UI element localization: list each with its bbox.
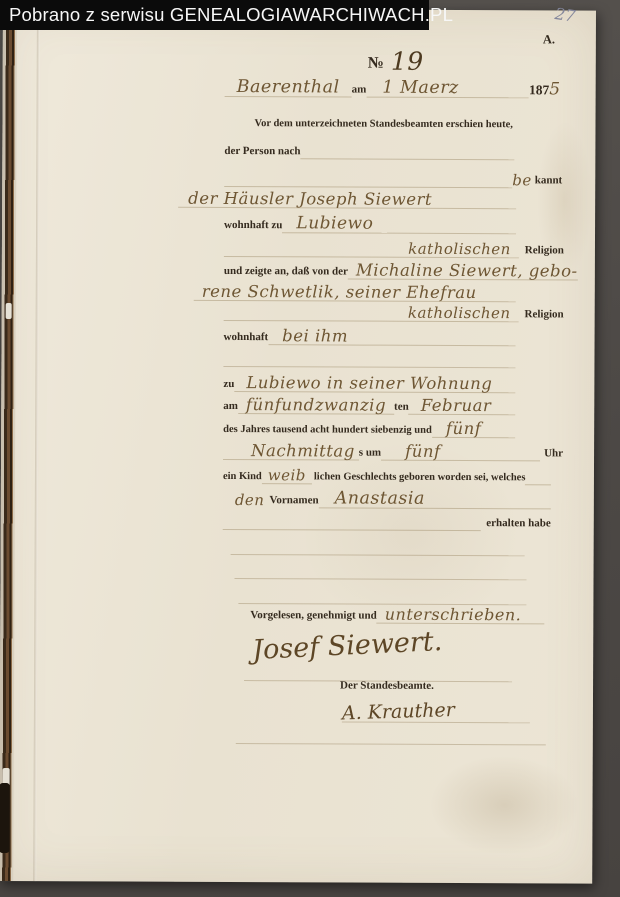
printed-intro: Vor dem unterzeichneten Standesbeamten e… — [254, 115, 512, 132]
religion-2-value: katholischen — [400, 306, 519, 323]
declarant-signature-text: Josef Siewert. — [252, 628, 443, 664]
binding-shadow — [0, 783, 10, 853]
ruled-line — [465, 459, 541, 461]
child-intro-label: ein Kind — [223, 471, 262, 484]
bekannt-printed: kannt — [535, 175, 563, 188]
wohnhaft-zu-label: wohnhaft zu — [224, 220, 282, 233]
watermark-bar: Pobrano z serwisu GENEALOGIAWARCHIWACH.P… — [0, 0, 429, 30]
mother-line2-value: rene Schwetlik, seiner Ehefrau — [194, 283, 485, 302]
year-sentence-label: des Jahres tausend acht hundert siebenzi… — [223, 424, 432, 437]
field-child-sex: ein Kind weib lichen Geschlechts geboren… — [223, 464, 551, 485]
declarant-value: der Häusler Joseph Siewert — [178, 190, 442, 209]
registrar-label: Der Standesbeamte. — [340, 678, 434, 693]
religion-1-value: katholischen — [400, 242, 519, 259]
wohnhaft-label: wohnhaft — [224, 332, 269, 345]
religion-1-label: Religion — [525, 245, 564, 258]
declarant-signature: Josef Siewert. — [252, 619, 492, 660]
wohnhaft-value: bei ihm — [268, 328, 362, 346]
ten-label: ten — [394, 402, 409, 415]
daytime-value: Nachmittag — [223, 442, 359, 460]
ruled-line — [442, 207, 516, 209]
erhalten-habe-label: erhalten habe — [486, 518, 551, 531]
binding-thread — [6, 303, 12, 319]
am2-label: am — [223, 401, 238, 414]
den-hand: den — [235, 493, 265, 508]
ruled-line — [224, 319, 400, 322]
registrar-signature-text: A. Krauther — [342, 701, 455, 723]
ruled-line — [387, 232, 516, 235]
religion-2-label: Religion — [525, 309, 564, 322]
field-birth-time: Nachmittag s um fünf Uhr — [223, 439, 563, 461]
field-birth-year: des Jahres tausend acht hundert siebenzi… — [223, 416, 515, 438]
uhr-label: Uhr — [544, 448, 563, 461]
residence-value: Lubiewo — [282, 215, 387, 233]
ruled-line — [441, 507, 551, 509]
field-birthplace: zu Lubiewo in seiner Wohnung — [223, 371, 515, 393]
birth-month-value: Februar — [409, 397, 516, 415]
person-nach-label: der Person nach — [224, 146, 300, 159]
field-religion-1: katholischen Religion — [224, 237, 564, 258]
paper-stain — [429, 755, 579, 856]
field-firstname: den Vornamen Anastasia — [235, 486, 551, 509]
field-birth-day: am fünfundzwanzig ten Februar — [223, 393, 515, 415]
page-crease — [33, 8, 40, 881]
zu-label: zu — [223, 379, 234, 392]
registrar-label-text: Der Standesbeamte. — [340, 680, 434, 693]
field-mother-2: rene Schwetlik, seiner Ehefrau — [194, 279, 516, 302]
ruled-line — [223, 366, 515, 368]
field-residence-with: wohnhaft bei ihm — [224, 325, 516, 346]
book-binding — [0, 8, 17, 881]
field-place-date: Baerenthal am 1 Maerz 187 5 — [225, 67, 561, 98]
vornamen-label: Vornamen — [269, 495, 318, 508]
ruled-line — [525, 483, 551, 485]
hour-value: fünf — [381, 443, 465, 461]
place-value: Baerenthal — [225, 78, 352, 97]
year-word-value: fünf — [432, 420, 515, 438]
zeigte-an-label: und zeigte an, daß von der — [224, 266, 348, 280]
date-value: 1 Maerz — [366, 79, 529, 98]
field-person-nach: der Person nach — [224, 141, 514, 160]
child-sex-value: weib — [262, 468, 312, 484]
firstname-value: Anastasia — [319, 490, 441, 509]
watermark-text: Pobrano z serwisu GENEALOGIAWARCHIWACH.P… — [9, 4, 453, 26]
am-label: am — [352, 85, 367, 98]
field-erhalten-habe: erhalten habe — [223, 513, 551, 531]
birthplace-value: Lubiewo in seiner Wohnung — [234, 375, 515, 394]
intro-text: Vor dem unterzeichneten Standesbeamten e… — [254, 119, 512, 133]
pencil-page-number: 27 — [554, 4, 577, 26]
field-mother: und zeigte an, daß von der Michaline Sie… — [224, 257, 574, 281]
document-page: 27 A. № 19 Baerenthal am 1 Maerz 187 5 V… — [0, 8, 596, 884]
field-religion-2: katholischen Religion — [224, 301, 564, 322]
registrar-signature: A. Krauther — [342, 696, 530, 723]
birth-day-value: fünfundzwanzig — [238, 397, 394, 415]
scan-background: 27 A. № 19 Baerenthal am 1 Maerz 187 5 V… — [0, 0, 620, 897]
mother-line1-value: Michaline Siewert, gebo- — [348, 262, 578, 281]
ruled-line — [301, 157, 515, 160]
field-declarant: der Häusler Joseph Siewert — [178, 186, 516, 209]
year-printed: 187 — [529, 83, 549, 99]
ruled-line — [235, 578, 527, 580]
ruled-line — [362, 344, 515, 347]
ruled-line — [236, 743, 546, 745]
um-label: s um — [359, 448, 381, 461]
year-hand: 5 — [549, 81, 560, 98]
field-residence: wohnhaft zu Lubiewo — [224, 213, 516, 234]
section-letter: A. — [543, 32, 555, 47]
child-rest-label: lichen Geschlechts geboren worden sei, w… — [314, 472, 526, 485]
bekannt-hand: be — [512, 173, 532, 188]
ruled-line — [223, 528, 481, 531]
ruled-line — [231, 554, 525, 556]
